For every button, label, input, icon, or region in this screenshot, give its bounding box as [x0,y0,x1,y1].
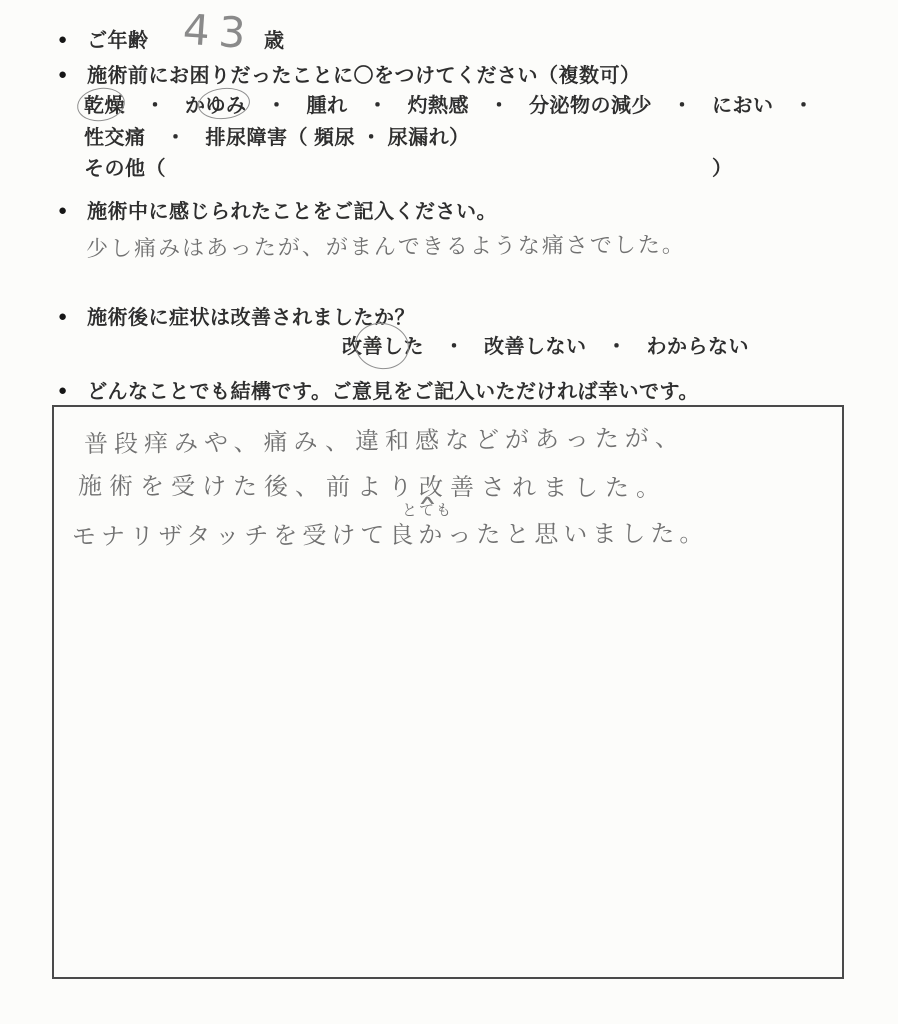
feedback-handwritten-line-1: 普段痒みや、痛み、違和感などがあったが、 [84,418,685,459]
option-kayumi-label: かゆみ [185,95,247,117]
bullet-icon: ● [58,31,67,48]
pre-treatment-options-row3: その他（ [84,152,166,181]
option-kaizen-shinai: 改善しない [484,330,587,359]
separator-dot: ・ [489,89,509,118]
pre-treatment-options-row1: 乾燥 ・ かゆみ ・ 腫れ ・ 灼熱感 ・ 分泌物の減少 ・ におい ・ [84,89,834,118]
pre-treatment-options-row2: 性交痛 ・ 排尿障害（ 頻尿 ・ 尿漏れ） [84,121,470,150]
during-question-title: 施術中に感じられたことをご記入ください。 [87,195,497,224]
pre-treatment-question-row: ● 施術前にお困りだったことに〇をつけてください（複数可） [58,59,641,88]
feedback-comment-box: 普段痒みや、痛み、違和感などがあったが、 施術を受けた後、前より改善されました。… [52,405,844,979]
age-row: ● ご年齢 43 歳 [58,14,285,63]
separator-dot: ・ [267,89,287,118]
feedback-question-title: どんなことでも結構です。ご意見をご記入いただければ幸いです。 [87,375,699,404]
option-wakaranai: わからない [647,330,750,359]
option-seikoutsuu: 性交痛 [84,121,146,150]
separator-dot: ・ [444,330,464,359]
option-nioi: におい [712,89,774,118]
feedback-question-row: ● どんなことでも結構です。ご意見をご記入いただければ幸いです。 [58,375,699,404]
feedback-handwritten-line-3: モナリザタッチを受けて良かったと思いました。 [72,513,709,551]
during-question-row: ● 施術中に感じられたことをご記入ください。 [58,195,497,224]
separator-dot: ・ [794,89,814,118]
option-other-close-paren: ） [712,152,732,181]
age-value-handwritten: 43 [181,5,256,59]
option-kayumi: かゆみ [185,89,247,118]
separator-dot: ・ [166,121,186,150]
bullet-icon: ● [58,382,67,399]
separator-dot: ・ [145,89,165,118]
scanned-questionnaire-page: ● ご年齢 43 歳 ● 施術前にお困りだったことに〇をつけてください（複数可）… [0,0,898,1024]
option-other-label: その他（ [84,152,166,181]
bullet-icon: ● [58,66,67,83]
option-bunpitsubutsu: 分泌物の減少 [529,89,652,118]
option-kaizen-shita: 改善した [342,330,424,359]
after-question-row: ● 施術後に症状は改善されましたか？ [58,301,415,330]
separator-dot: ・ [368,89,388,118]
age-unit-label: 歳 [264,24,285,53]
option-hainyoushougai: 排尿障害（ 頻尿 ・ 尿漏れ） [206,121,470,150]
age-label: ご年齢 [87,24,149,53]
bullet-icon: ● [58,202,67,219]
separator-dot: ・ [607,330,627,359]
option-kansou-label: 乾燥 [84,95,125,117]
after-options-row: 改善した ・ 改善しない ・ わからない [342,330,749,359]
option-kansou: 乾燥 [84,89,125,118]
pre-treatment-question-title: 施術前にお困りだったことに〇をつけてください（複数可） [87,59,641,88]
after-question-title: 施術後に症状は改善されましたか？ [87,301,415,330]
feedback-handwritten-line-2: 施術を受けた後、前より改善されました。 [78,466,667,503]
insertion-caret-icon: ∧ [417,494,438,506]
bullet-icon: ● [58,308,67,325]
option-shakunetsukan: 灼熱感 [408,89,470,118]
separator-dot: ・ [672,89,692,118]
option-hare: 腫れ [307,89,348,118]
during-handwritten-answer: 少し痛みはあったが、がまんできるような痛さでした。 [86,228,686,263]
option-kaizen-shita-label: 改善した [342,336,424,358]
